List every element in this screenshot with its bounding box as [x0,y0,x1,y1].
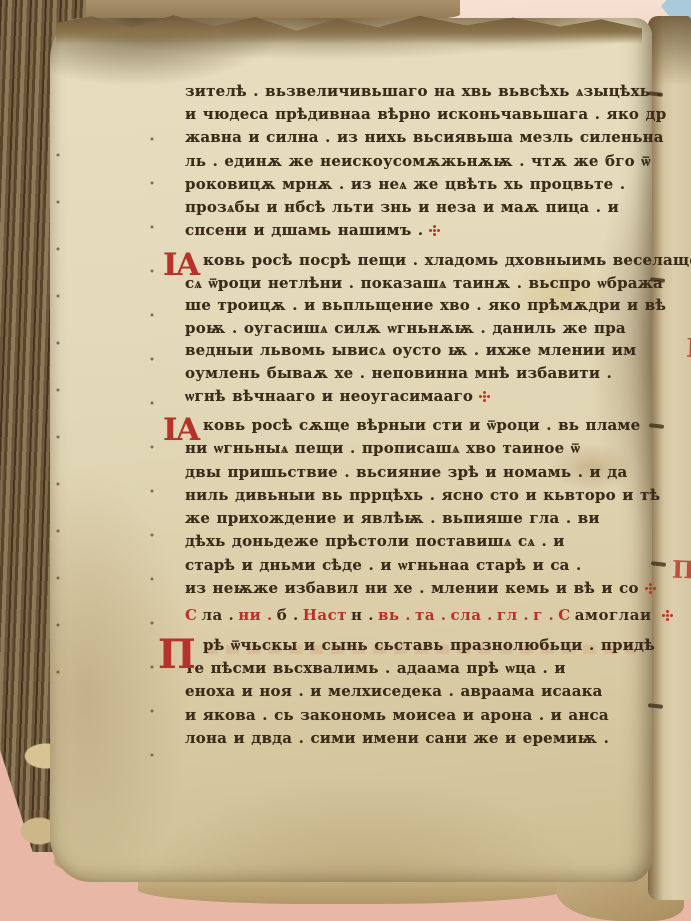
rubric-segment: С [185,606,197,624]
text-line: прозѧбы и нбсѣ льти знь и неза и маѫ пиц… [185,196,651,219]
quatrefoil-dots-ornament [428,224,441,236]
facing-page-initial-fragment: П [672,555,691,585]
rubric-segment: сла . [451,606,493,624]
text-line: же прихождение и явлѣѭ . вьпияше гла . в… [185,507,651,530]
text-line: роковицѫ мрнѫ . из неѧ же цвѣть хь процв… [185,173,651,196]
text-line: и чюдеса прѣдивнаа вѣрно исконьчавьшага … [185,103,651,126]
text-line: еноха и ноя . и мелхиседека . авраама ис… [185,680,651,703]
initial-letter: П [158,631,196,678]
text-line: из неѭже избавил ни хе . млении кемь и в… [185,577,651,600]
text-line: спсени и дшамь нашимъ . [185,219,651,242]
text-line: ковь росѣ сѫще вѣрныи сти и ѿроци . вь п… [185,414,651,437]
initial-letter: ІА [163,247,199,283]
rubric-segment: н . [351,606,374,624]
rubric-segment: г . [533,606,554,624]
paragraph-4: рѣ ѿчьскы и сынь сьставь празнолюбьци . … [185,634,651,750]
rubric-segment: б . [277,606,299,624]
pricking-dots-column [150,136,154,764]
text-line: ни ѡгньныѧ пещи . прописашѧ хво таиное ѿ [185,437,651,460]
text-line: оумлень бываѫ хе . неповинна мнѣ избавит… [185,362,651,385]
manuscript-photo: І П зителѣ . вьзвеличивьшаго на хвь вьвс… [0,0,691,921]
paragraph-3: ковь росѣ сѫще вѣрныи сти и ѿроци . вь п… [185,414,651,600]
text-line: ниль дивьныи вь пррцѣхь . ясно сто и кьв… [185,484,651,507]
text-line: и якова . сь закономь моисеа и арона . и… [185,704,651,727]
rubric-segment: С [558,606,570,624]
text-line: ведныи львомь ывисѧ оусто ѭ . ихже млени… [185,339,651,362]
text-line: рѣ ѿчьскы и сынь сьставь празнолюбьци . … [185,634,651,657]
paragraph-1: зителѣ . вьзвеличивьшаго на хвь вьвсѣхь … [185,80,651,242]
text-line: те пѣсми вьсхвалимь . адаама прѣ ѡца . и [185,657,651,680]
initial-letter: ІА [163,412,199,448]
quatrefoil-dots-ornament [644,582,657,594]
rubric-segment: та . [415,606,446,624]
quatrefoil-dots-ornament [661,609,674,621]
quatrefoil-dots-ornament [478,390,491,402]
text-line: дѣхь доньдеже прѣстоли поставишѧ сѧ . и [185,530,651,553]
text-line: двы пришьствие . вьсияние зрѣ и номамь .… [185,461,651,484]
text-line: сѧ ѿроци нетлѣни . показашѧ таинѫ . вьсп… [185,272,651,295]
rubric-segment: амоглаи [575,606,652,624]
facing-page-initial-fragment: І [685,334,691,364]
rubric-segment: вь . [378,606,411,624]
paragraph-2: ковь росѣ посрѣ пещи . хладомь дховныимь… [185,249,651,407]
text-line: ль . единѫ же неискоусомѫжьнѫѭ . чтѫ же … [185,150,651,173]
rubric-segment: ла . [201,606,234,624]
text-line: ковь росѣ посрѣ пещи . хладомь дховныимь… [185,249,651,272]
text-line: жавна и силна . из нихь вьсиявьша мезль … [185,126,651,149]
text-line: лона и двда . сими имени сани же и ереми… [185,727,651,750]
text-line: старѣ и дньми сѣде . и ѡгньнаа старѣ и с… [185,554,651,577]
rubric-line: Сла .ни .б .Настн .вь .та .сла .гл .г .С… [185,606,678,624]
rubric-segment: Наст [303,606,347,624]
text-line: ше троицѫ . и вьпльщение хво . яко прѣмѫ… [185,294,651,317]
rubric-segment: ни . [238,606,273,624]
text-line: зителѣ . вьзвеличивьшаго на хвь вьвсѣхь … [185,80,651,103]
pricking-dots-column [56,152,60,712]
facing-page-sliver [648,16,691,900]
rubric-segment: гл . [497,606,529,624]
text-line: роѭ . оугасишѧ силѫ ѡгньнѫѭ . даниль же … [185,317,651,340]
text-line: ѡгнѣ вѣчнааго и неоугасимааго [185,385,651,408]
